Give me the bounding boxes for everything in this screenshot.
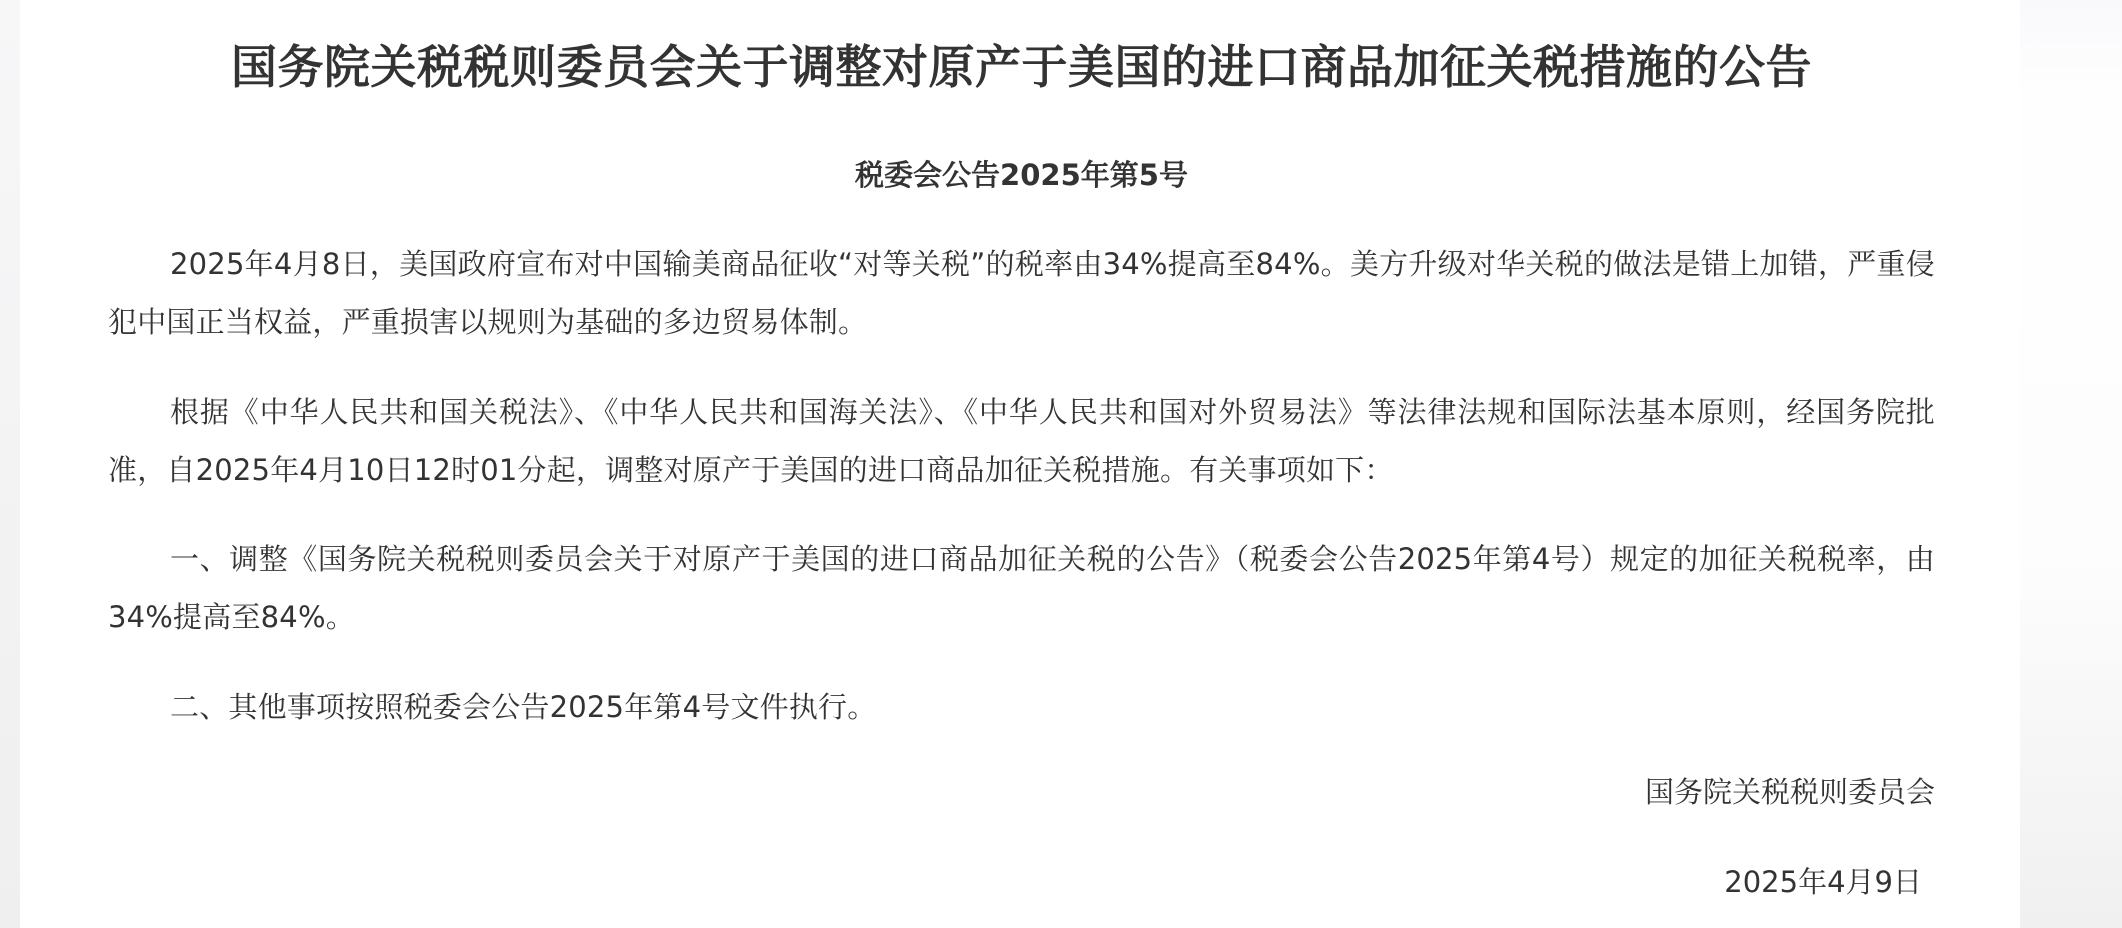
announcement-number: 税委会公告2025年第5号	[108, 155, 1935, 195]
paragraph-background: 2025年4月8日，美国政府宣布对中国输美商品征收“对等关税”的税率由34%提高…	[108, 235, 1935, 351]
document-page: 国务院关税税则委员会关于调整对原产于美国的进口商品加征关税措施的公告 税委会公告…	[20, 0, 2020, 928]
issue-date: 2025年4月9日	[1724, 858, 1922, 906]
paragraph-item-two: 二、其他事项按照税委会公告2025年第4号文件执行。	[108, 678, 1935, 736]
document-title: 国务院关税税则委员会关于调整对原产于美国的进口商品加征关税措施的公告	[108, 38, 1935, 96]
page-background-right	[2020, 0, 2122, 928]
paragraph-legal-basis: 根据《中华人民共和国关税法》、《中华人民共和国海关法》、《中华人民共和国对外贸易…	[108, 383, 1935, 499]
paragraph-item-one: 一、调整《国务院关税税则委员会关于对原产于美国的进口商品加征关税的公告》（税委会…	[108, 530, 1935, 646]
issuer-signature: 国务院关税税则委员会	[1645, 768, 1935, 816]
page-background-left	[0, 0, 20, 928]
